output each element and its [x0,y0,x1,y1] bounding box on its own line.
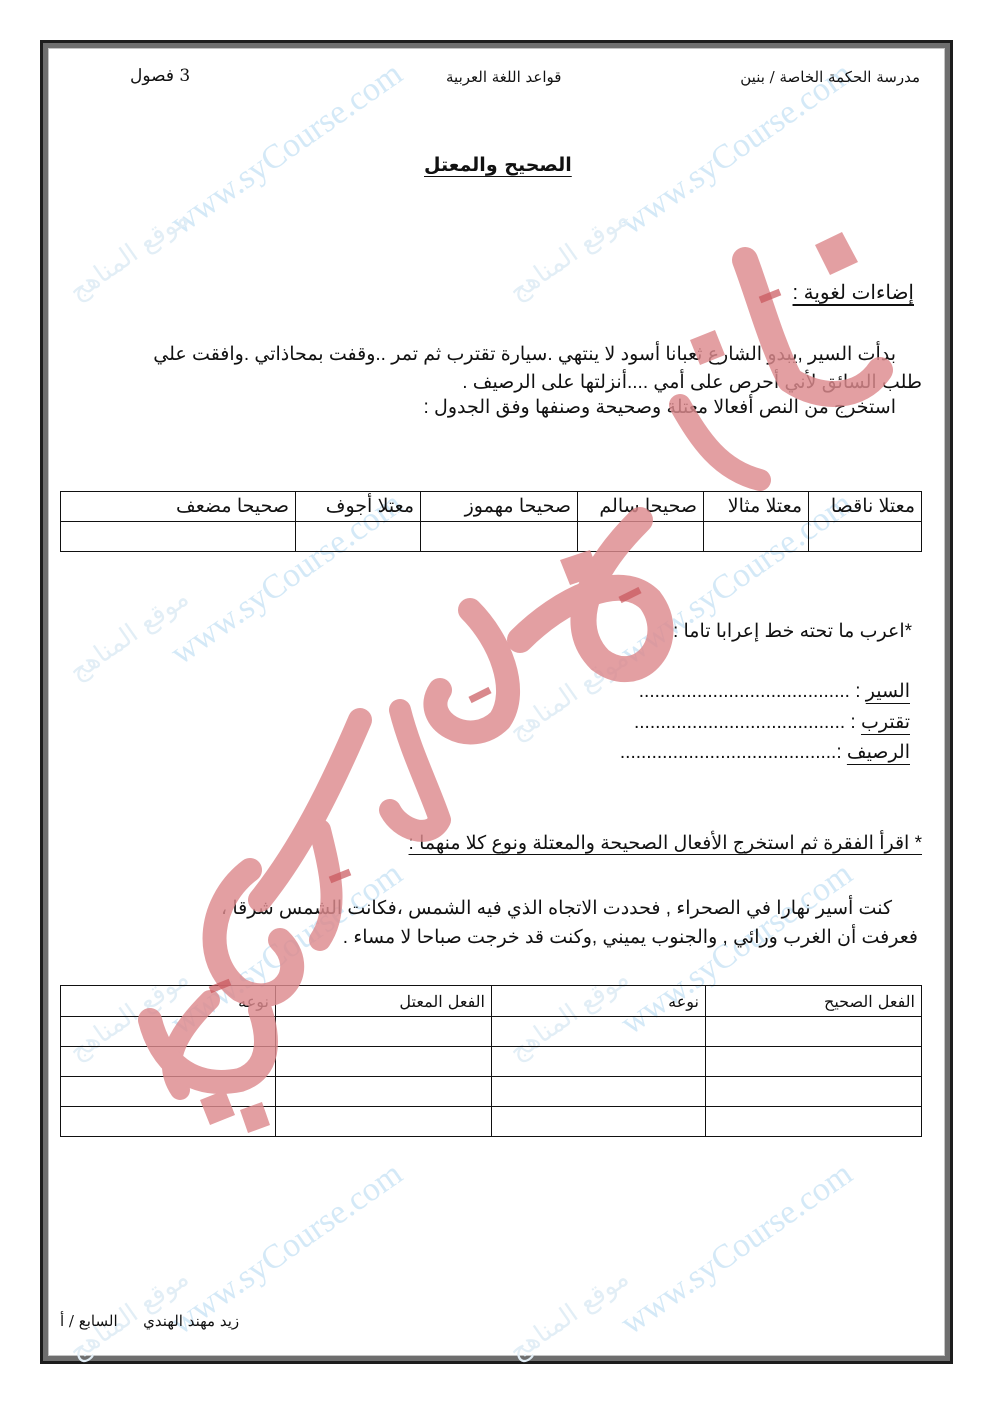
table-row [61,1017,922,1047]
extract-instruction: * اقرأ الفقرة ثم استخرج الأفعال الصحيحة … [409,832,922,855]
classification-table: معتلا ناقصا معتلا مثالا صحيحا سالم صحيحا… [60,491,922,552]
answer-cell[interactable] [61,1077,276,1107]
footer-author: زيد مهند الهندي [143,1312,239,1330]
answer-cell[interactable] [61,1047,276,1077]
col-header: معتلا أجوف [296,492,421,522]
parse-word: السير [866,681,910,702]
answer-cell[interactable] [706,1107,922,1137]
table-row [61,1107,922,1137]
answer-cell[interactable] [61,522,296,552]
passage-2-line-1: كنت أسير نهارا في الصحراء , فحددت الاتجا… [62,894,922,923]
subject-name: قواعد اللغة العربية [446,68,561,86]
passage-1-line-1: بدأت السير ,يبدو الشارع ثعبانا أسود لا ي… [82,340,922,369]
answer-cell[interactable] [61,1107,276,1137]
answer-cell[interactable] [276,1077,492,1107]
passage-1-instruction: استخرج من النص أفعالا معتلة وصحيحة وصنفه… [82,393,922,422]
answer-cell[interactable] [276,1107,492,1137]
verbs-table: الفعل الصحيح نوعه الفعل المعتل نوعه [60,985,922,1137]
answer-blank[interactable]: ........................................ [634,712,845,733]
passage-2: كنت أسير نهارا في الصحراء , فحددت الاتجا… [62,894,922,952]
answer-cell[interactable] [809,522,922,552]
section-heading-insights: إضاءات لغوية : [793,280,914,305]
col-header: الفعل المعتل [276,986,492,1017]
table-row [61,1047,922,1077]
passage-1: بدأت السير ,يبدو الشارع ثعبانا أسود لا ي… [82,340,922,422]
answer-cell[interactable] [276,1047,492,1077]
answer-cell[interactable] [706,1047,922,1077]
col-header: صحيحا سالم [578,492,704,522]
footer: زيد مهند الهندي السابع / أ [60,1312,239,1330]
answer-cell[interactable] [296,522,421,552]
table-header-row: الفعل الصحيح نوعه الفعل المعتل نوعه [61,986,922,1017]
answer-cell[interactable] [704,522,809,552]
col-header: صحيحا مضعف [61,492,296,522]
parse-item-1: السير : ................................… [639,680,910,703]
answer-blank[interactable]: ........................................ [639,681,850,702]
footer-class: السابع / أ [60,1312,118,1330]
col-header: معتلا ناقصا [809,492,922,522]
answer-cell[interactable] [421,522,578,552]
parse-word: تقترب [861,712,910,733]
answer-cell[interactable] [492,1077,706,1107]
col-header: معتلا مثالا [704,492,809,522]
table-row [61,1077,922,1107]
col-header: الفعل الصحيح [706,986,922,1017]
page-title: الصحيح والمعتل [424,154,572,176]
sections-count: 3 فصول [130,66,190,86]
parsing-instruction: *اعرب ما تحته خط إعرابا تاما : [673,620,912,643]
parse-item-3: الرصيف :................................… [620,741,910,764]
table-header-row: معتلا ناقصا معتلا مثالا صحيحا سالم صحيحا… [61,492,922,522]
answer-cell[interactable] [492,1017,706,1047]
answer-cell[interactable] [578,522,704,552]
parse-item-2: تقترب : ................................… [634,711,910,734]
passage-2-line-2: فعرفت أن الغرب ورائي , والجنوب يميني ,وك… [62,923,922,952]
parse-word: الرصيف [847,742,910,763]
answer-cell[interactable] [276,1017,492,1047]
school-name: مدرسة الحكمة الخاصة / بنين [740,68,920,86]
answer-cell[interactable] [61,1017,276,1047]
answer-cell[interactable] [706,1017,922,1047]
col-header: نوعه [61,986,276,1017]
answer-cell[interactable] [492,1047,706,1077]
table-row [61,522,922,552]
answer-blank[interactable]: ........................................… [620,742,836,763]
col-header: نوعه [492,986,706,1017]
answer-cell[interactable] [492,1107,706,1137]
answer-cell[interactable] [706,1077,922,1107]
col-header: صحيحا مهموز [421,492,578,522]
